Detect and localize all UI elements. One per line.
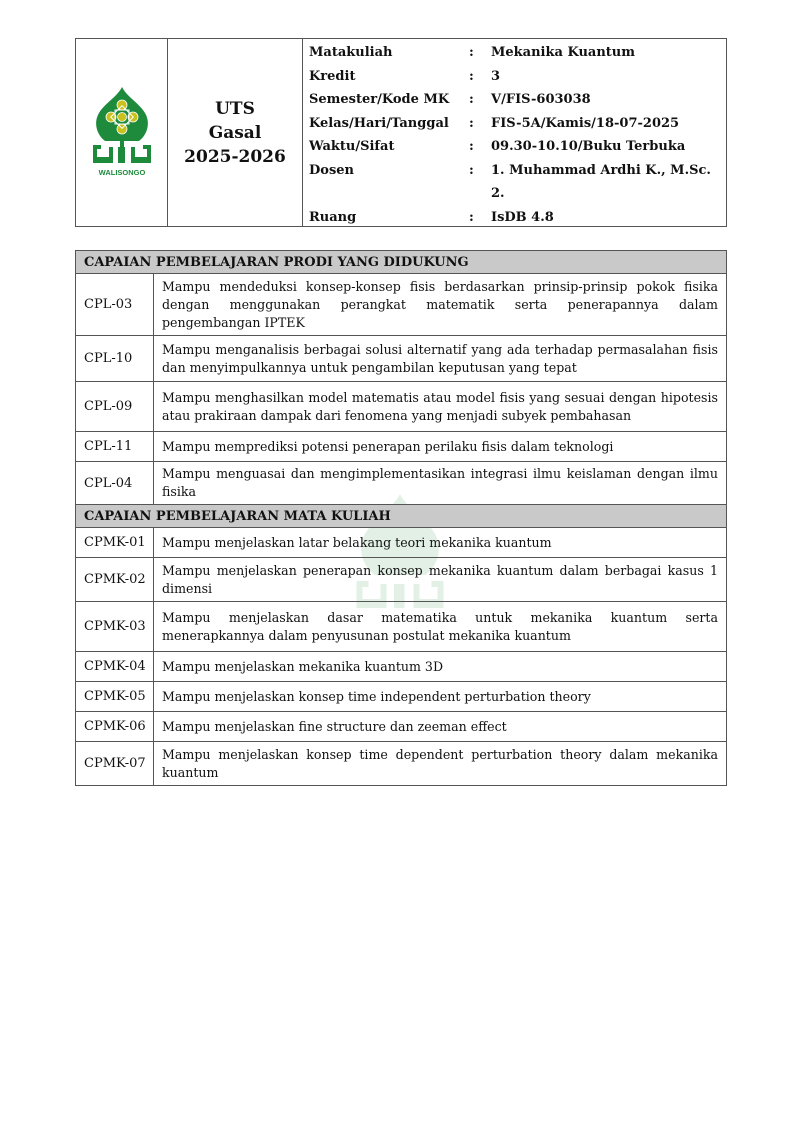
- info-row: Kelas/Hari/Tanggal:FIS-5A/Kamis/18-07-20…: [309, 112, 726, 136]
- info-row: Ruang:IsDB 4.8: [309, 206, 726, 230]
- outcome-code: CPMK-01: [76, 528, 154, 558]
- outcome-description: Mampu menjelaskan konsep time independen…: [154, 682, 727, 712]
- section-heading: CAPAIAN PEMBELAJARAN PRODI YANG DIDUKUNG: [76, 251, 727, 274]
- table-row: CPMK-04Mampu menjelaskan mekanika kuantu…: [76, 652, 727, 682]
- outcome-description: Mampu menjelaskan mekanika kuantum 3D: [154, 652, 727, 682]
- info-row: 2.: [309, 182, 726, 206]
- logo-cell: WALISONGO: [76, 39, 168, 226]
- outcome-description: Mampu memprediksi potensi penerapan peri…: [154, 432, 727, 462]
- info-separator: :: [469, 45, 491, 60]
- info-label: Ruang: [309, 210, 469, 225]
- info-label: Kredit: [309, 69, 469, 84]
- info-value: V/FIS-603038: [491, 92, 726, 107]
- table-row: CPL-09Mampu menghasilkan model matematis…: [76, 382, 727, 432]
- cpmk-section-header: CAPAIAN PEMBELAJARAN MATA KULIAH: [76, 505, 727, 528]
- outcome-description: Mampu menguasai dan mengimplementasikan …: [154, 462, 727, 505]
- outcome-description: Mampu menjelaskan penerapan konsep mekan…: [154, 558, 727, 602]
- table-row: CPMK-05Mampu menjelaskan konsep time ind…: [76, 682, 727, 712]
- info-value: 1. Muhammad Ardhi K., M.Sc.: [491, 163, 726, 178]
- outcome-description: Mampu mendeduksi konsep-konsep fisis ber…: [154, 274, 727, 336]
- table-row: CPL-11Mampu memprediksi potensi penerapa…: [76, 432, 727, 462]
- info-separator: :: [469, 210, 491, 225]
- cpl-section-header: CAPAIAN PEMBELAJARAN PRODI YANG DIDUKUNG: [76, 251, 727, 274]
- info-value: FIS-5A/Kamis/18-07-2025: [491, 116, 726, 131]
- info-value: IsDB 4.8: [491, 210, 726, 225]
- info-label: Waktu/Sifat: [309, 139, 469, 154]
- info-value: 3: [491, 69, 726, 84]
- outcome-code: CPL-09: [76, 382, 154, 432]
- exam-year: 2025-2026: [184, 145, 286, 169]
- info-row: Semester/Kode MK:V/FIS-603038: [309, 88, 726, 112]
- learning-outcomes-table: CAPAIAN PEMBELAJARAN PRODI YANG DIDUKUNG…: [75, 250, 727, 786]
- info-label: Kelas/Hari/Tanggal: [309, 116, 469, 131]
- outcome-code: CPMK-06: [76, 712, 154, 742]
- exam-title: UTS Gasal 2025-2026: [168, 39, 303, 226]
- exam-semester: Gasal: [209, 121, 262, 145]
- info-value: Mekanika Kuantum: [491, 45, 726, 60]
- exam-header-table: WALISONGO UTS Gasal 2025-2026 Matakuliah…: [75, 38, 727, 227]
- outcome-description: Mampu menjelaskan latar belakang teori m…: [154, 528, 727, 558]
- info-row: Matakuliah:Mekanika Kuantum: [309, 41, 726, 65]
- info-separator: :: [469, 92, 491, 107]
- outcome-code: CPL-03: [76, 274, 154, 336]
- info-label: Semester/Kode MK: [309, 92, 469, 107]
- info-row: Kredit:3: [309, 65, 726, 89]
- info-value: 09.30-10.10/Buku Terbuka: [491, 139, 726, 154]
- table-row: CPL-10Mampu menganalisis berbagai solusi…: [76, 336, 727, 382]
- uin-walisongo-logo-icon: WALISONGO: [87, 83, 157, 183]
- outcome-code: CPL-11: [76, 432, 154, 462]
- table-row: CPMK-02Mampu menjelaskan penerapan konse…: [76, 558, 727, 602]
- table-row: CPMK-07Mampu menjelaskan konsep time dep…: [76, 742, 727, 786]
- svg-text:WALISONGO: WALISONGO: [98, 168, 145, 177]
- exam-type: UTS: [215, 97, 255, 121]
- table-row: CPMK-01Mampu menjelaskan latar belakang …: [76, 528, 727, 558]
- outcome-code: CPL-10: [76, 336, 154, 382]
- info-label: Dosen: [309, 163, 469, 178]
- info-separator: :: [469, 163, 491, 178]
- info-row: Waktu/Sifat:09.30-10.10/Buku Terbuka: [309, 135, 726, 159]
- info-separator: :: [469, 69, 491, 84]
- outcome-code: CPL-04: [76, 462, 154, 505]
- info-separator: :: [469, 116, 491, 131]
- outcome-description: Mampu menjelaskan fine structure dan zee…: [154, 712, 727, 742]
- outcome-code: CPMK-04: [76, 652, 154, 682]
- outcome-description: Mampu menghasilkan model matematis atau …: [154, 382, 727, 432]
- info-row: Dosen:1. Muhammad Ardhi K., M.Sc.: [309, 159, 726, 183]
- info-label: Matakuliah: [309, 45, 469, 60]
- outcome-description: Mampu menganalisis berbagai solusi alter…: [154, 336, 727, 382]
- outcome-code: CPMK-07: [76, 742, 154, 786]
- outcome-description: Mampu menjelaskan dasar matematika untuk…: [154, 602, 727, 652]
- outcome-description: Mampu menjelaskan konsep time dependent …: [154, 742, 727, 786]
- outcome-code: CPMK-02: [76, 558, 154, 602]
- info-separator: :: [469, 139, 491, 154]
- course-info: Matakuliah:Mekanika KuantumKredit:3Semes…: [303, 39, 726, 226]
- table-row: CPL-04Mampu menguasai dan mengimplementa…: [76, 462, 727, 505]
- outcome-code: CPMK-05: [76, 682, 154, 712]
- outcome-code: CPMK-03: [76, 602, 154, 652]
- table-row: CPL-03Mampu mendeduksi konsep-konsep fis…: [76, 274, 727, 336]
- table-row: CPMK-06Mampu menjelaskan fine structure …: [76, 712, 727, 742]
- info-value: 2.: [491, 186, 726, 201]
- table-row: CPMK-03Mampu menjelaskan dasar matematik…: [76, 602, 727, 652]
- section-heading: CAPAIAN PEMBELAJARAN MATA KULIAH: [76, 505, 727, 528]
